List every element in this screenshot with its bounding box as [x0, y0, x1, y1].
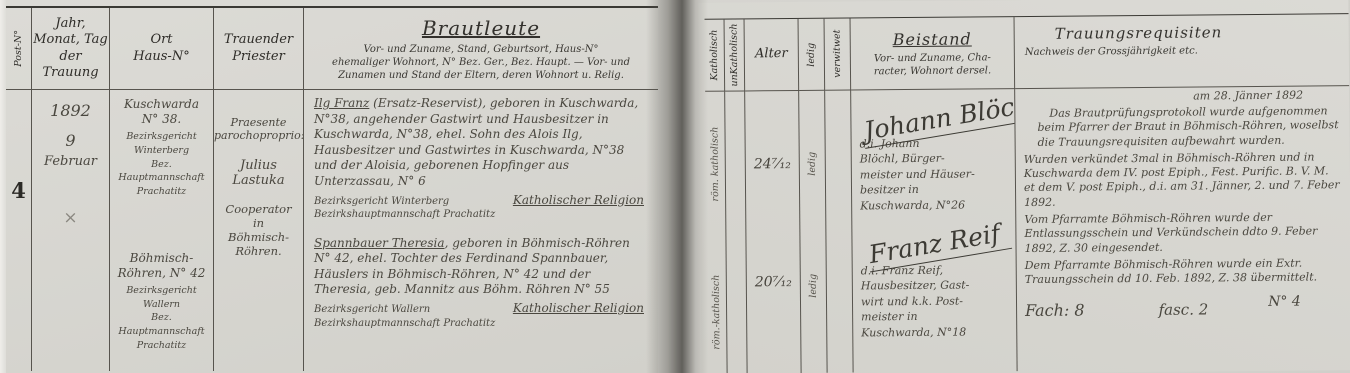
groom-residence-place: Kuschwarda N° 38. — [110, 97, 213, 127]
header-brautleute: Brautleute Vor- und Zuname, Stand, Gebur… — [304, 8, 658, 90]
header-brautleute-subtitle: Vor- und Zuname, Stand, Geburtsort, Haus… — [332, 43, 630, 82]
header-ort: Ort Haus-N° — [110, 8, 214, 90]
header-alter-label: Alter — [755, 46, 788, 63]
cell-date: 1892 9 Februar × — [32, 90, 110, 371]
groom-residence-admin: Bezirksgericht Winterberg Bez. Hauptmann… — [110, 130, 213, 199]
requisiten-paragraph-4: Dem Pfarramte Böhmisch-Röhren wurde ein … — [1025, 256, 1341, 287]
header-date-label: Jahr, Monat, Tag der Trauung — [33, 16, 107, 81]
header-katholisch-label: Katholisch — [709, 30, 720, 81]
bride-description: Spannbauer Theresia, geboren in Böhmisch… — [314, 236, 644, 298]
header-priester-label: Trauender Priester — [224, 32, 293, 65]
marriage-day: 9 — [32, 133, 109, 149]
bride-age: 20⁷⁄₁₂ — [755, 274, 792, 290]
fascicle-reference: fasc. 2 — [1158, 300, 1208, 318]
witness2-signature-wrap: Franz Reif — [866, 228, 1011, 261]
header-date: Jahr, Monat, Tag der Trauung — [32, 8, 110, 90]
groom-residence: Kuschwarda N° 38. Bezirksgericht Winterb… — [110, 97, 213, 199]
bride-name: Spannbauer Theresia — [314, 236, 445, 250]
bride-residence-admin: Bezirksgericht Wallern Bez. Hauptmannsch… — [110, 284, 213, 353]
cell-alter: 24⁷⁄₁₂ 20⁷⁄₁₂ — [745, 91, 801, 373]
bride-admin-row: Bezirksgericht Wallern Katholischer Reli… — [314, 301, 644, 317]
header-ledig-label: ledig — [806, 42, 817, 66]
header-post-nr-label: Post-N° — [13, 30, 24, 67]
number-reference: N° 4 — [1268, 293, 1301, 309]
bride-religion: Katholischer Religion — [513, 301, 644, 317]
register-left-page: Post-N° Jahr, Monat, Tag der Trauung Ort… — [6, 0, 658, 373]
entry-number: 4 — [11, 178, 26, 371]
bride-court: Bezirksgericht Wallern — [314, 303, 430, 317]
requisiten-paragraph-3: Vom Pfarramte Böhmisch-Röhren wurde der … — [1024, 210, 1340, 256]
header-ort-label: Ort Haus-N° — [133, 32, 189, 65]
header-beistand-subtitle: Vor- und Zuname, Cha- racter, Wohnort de… — [874, 51, 992, 78]
header-requisiten-title: Trauungsrequisiten — [1055, 23, 1223, 42]
header-alter: Alter — [745, 19, 800, 91]
cell-beistand: Johann Blöchl d.i. Johann Blöchl, Bürger… — [851, 89, 1017, 372]
left-table: Post-N° Jahr, Monat, Tag der Trauung Ort… — [6, 6, 658, 371]
header-requisiten-subtitle: Nachweis der Grossjährigkeit etc. — [1025, 44, 1198, 59]
requisiten-date: am 28. Jänner 1892 — [1023, 88, 1339, 104]
header-unkatholisch: unKatholisch — [725, 19, 746, 91]
cell-priester: Praesente parochoproprio: Julius Lastuka… — [214, 90, 304, 371]
bride-residence-place: Böhmisch- Röhren, N° 42 — [110, 251, 213, 281]
cell-ledig: ledig ledig — [799, 91, 827, 373]
register-scan: Post-N° Jahr, Monat, Tag der Trauung Ort… — [0, 0, 1350, 373]
requisiten-paragraph-1: Das Brautprüfungsprotokoll wurde aufgeno… — [1023, 104, 1339, 150]
header-post-nr: Post-N° — [6, 8, 32, 90]
cell-verwitwet — [825, 91, 853, 373]
header-beistand-title: Beistand — [893, 29, 972, 49]
cell-katholisch: röm. katholisch röm.-katholisch — [705, 92, 727, 373]
header-priester: Trauender Priester — [214, 8, 304, 90]
witness1-signature-wrap: Johann Blöchl — [861, 101, 1010, 134]
register-right-page: Katholisch unKatholisch Alter ledig verw… — [698, 0, 1350, 373]
header-unkatholisch-label: unKatholisch — [729, 23, 741, 86]
priest-role: Cooperator in Böhmisch- Röhren. — [214, 202, 303, 258]
book-binding-seam — [646, 0, 708, 373]
marriage-cross-mark: × — [32, 210, 109, 227]
marriage-year: 1892 — [32, 103, 109, 119]
groom-court: Bezirksgericht Winterberg — [314, 195, 449, 209]
groom-religion: Katholischer Religion — [513, 193, 644, 209]
bride-residence: Böhmisch- Röhren, N° 42 Bezirksgericht W… — [110, 251, 213, 353]
groom-description: Ilg Franz (Ersatz-Reservist), geboren in… — [314, 96, 644, 190]
cell-unkatholisch — [725, 91, 747, 373]
priest-formula: Praesente parochoproprio: — [214, 116, 303, 142]
fach-reference: Fach: 8 — [1025, 300, 1085, 320]
right-table: Katholisch unKatholisch Alter ledig verw… — [705, 13, 1350, 373]
groom-confession: röm. katholisch — [709, 127, 721, 202]
groom-status: ledig — [807, 151, 818, 175]
cell-brautleute: Ilg Franz (Ersatz-Reservist), geboren in… — [304, 90, 658, 371]
bride-confession: röm.-katholisch — [711, 275, 723, 350]
requisiten-paragraph-2: Wurden verkündet 3mal in Böhmisch-Röhren… — [1024, 150, 1340, 210]
header-beistand: Beistand Vor- und Zuname, Cha- racter, W… — [851, 17, 1016, 90]
groom-district: Bezirkshauptmannschaft Prachatitz — [314, 208, 644, 222]
header-ledig: ledig — [799, 19, 826, 91]
witness1-description: d.i. Johann Blöchl, Bürger- meister und … — [860, 135, 1012, 213]
bride-status: ledig — [808, 274, 819, 298]
header-brautleute-title: Brautleute — [422, 16, 540, 40]
groom-age: 24⁷⁄₁₂ — [754, 156, 791, 172]
groom-admin-row: Bezirksgericht Winterberg Katholischer R… — [314, 193, 644, 209]
groom-name: Ilg Franz — [314, 96, 369, 110]
requisiten-footer: Fach: 8 fasc. 2 N° 4 — [1025, 293, 1341, 320]
header-verwitwet: verwitwet — [825, 19, 852, 91]
cell-post-nr: 4 — [6, 90, 32, 371]
cell-ort: Kuschwarda N° 38. Bezirksgericht Winterb… — [110, 90, 214, 371]
marriage-month: Februar — [32, 155, 109, 168]
witness2-description: d.i. Franz Reif, Hausbesitzer, Gast- wir… — [861, 262, 1013, 340]
cell-requisiten: am 28. Jänner 1892 Das Brautprüfungsprot… — [1015, 86, 1350, 371]
header-verwitwet-label: verwitwet — [832, 30, 843, 78]
bride-district: Bezirkshauptmannschaft Prachatitz — [314, 317, 644, 331]
priest-name: Julius Lastuka — [214, 158, 303, 188]
header-requisiten: Trauungsrequisiten Nachweis der Grossjäh… — [1015, 14, 1350, 89]
